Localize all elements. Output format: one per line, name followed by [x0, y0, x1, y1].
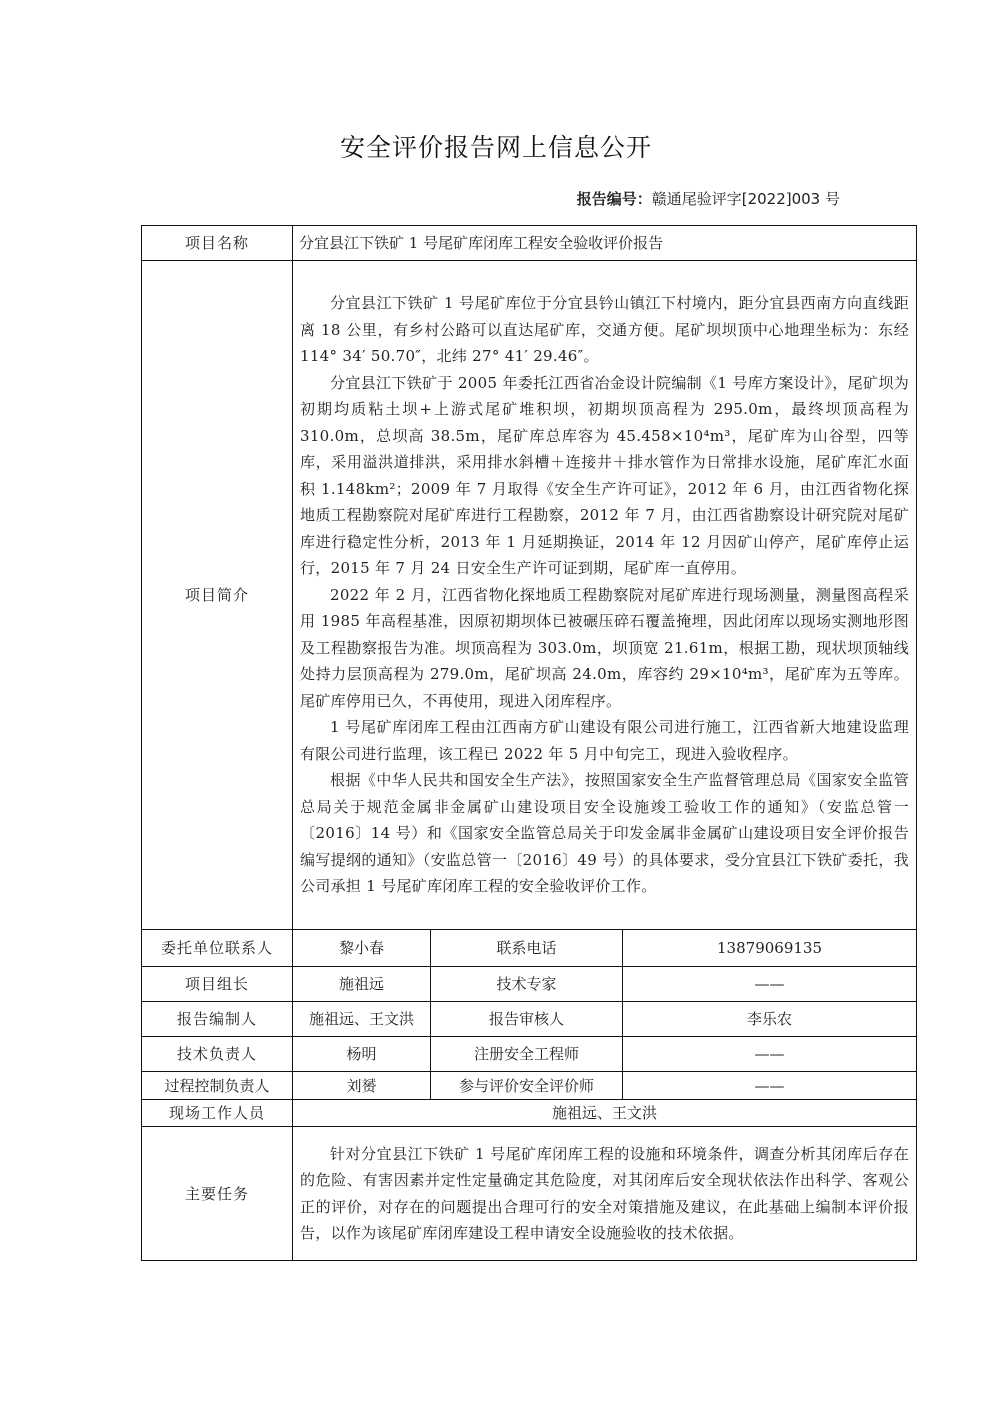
project-name-label: 项目名称 — [142, 226, 293, 261]
main-tasks-value: 针对分宜县江下铁矿 1 号尾矿库闭库工程的设施和环境条件，调查分析其闭库后存在的… — [293, 1127, 917, 1261]
report-author-value: 施祖远、王文洪 — [293, 1002, 431, 1037]
row-project-name: 项目名称 分宜县江下铁矿 1 号尾矿库闭库工程安全验收评价报告 — [142, 226, 917, 261]
project-leader-value: 施祖远 — [293, 967, 431, 1002]
report-reviewer-label: 报告审核人 — [431, 1002, 623, 1037]
tech-lead-label: 技术负责人 — [142, 1037, 293, 1072]
page-title: 安全评价报告网上信息公开 — [0, 128, 992, 164]
client-contact-value: 黎小春 — [293, 930, 431, 967]
phone-label: 联系电话 — [431, 930, 623, 967]
row-field-staff: 现场工作人员 施祖远、王文洪 — [142, 1100, 917, 1127]
row-project-leader: 项目组长 施祖远 技术专家 —— — [142, 967, 917, 1002]
phone-value: 13879069135 — [623, 930, 917, 967]
participating-evaluator-value: —— — [623, 1072, 917, 1100]
row-tech-lead: 技术负责人 杨明 注册安全工程师 —— — [142, 1037, 917, 1072]
project-summary-label: 项目简介 — [142, 261, 293, 930]
process-control-label: 过程控制负责人 — [142, 1072, 293, 1100]
summary-paragraph-1: 分宜县江下铁矿 1 号尾矿库位于分宜县钤山镇江下村境内，距分宜县西南方向直线距离… — [300, 290, 909, 370]
main-tasks-paragraph: 针对分宜县江下铁矿 1 号尾矿库闭库工程的设施和环境条件，调查分析其闭库后存在的… — [300, 1141, 909, 1247]
row-process-control: 过程控制负责人 刘赟 参与评价安全评价师 —— — [142, 1072, 917, 1100]
summary-paragraph-4: 1 号尾矿库闭库工程由江西南方矿山建设有限公司进行施工，江西省新大地建设监理有限… — [300, 714, 909, 767]
report-reviewer-value: 李乐农 — [623, 1002, 917, 1037]
participating-evaluator-label: 参与评价安全评价师 — [431, 1072, 623, 1100]
safety-engineer-label: 注册安全工程师 — [431, 1037, 623, 1072]
project-info-table: 项目名称 分宜县江下铁矿 1 号尾矿库闭库工程安全验收评价报告 项目简介 分宜县… — [141, 225, 917, 1261]
main-tasks-label: 主要任务 — [142, 1127, 293, 1261]
report-number-label: 报告编号： — [577, 190, 652, 208]
row-project-summary: 项目简介 分宜县江下铁矿 1 号尾矿库位于分宜县钤山镇江下村境内，距分宜县西南方… — [142, 261, 917, 930]
process-control-value: 刘赟 — [293, 1072, 431, 1100]
field-staff-value: 施祖远、王文洪 — [293, 1100, 917, 1127]
tech-expert-label: 技术专家 — [431, 967, 623, 1002]
safety-engineer-value: —— — [623, 1037, 917, 1072]
project-name-value: 分宜县江下铁矿 1 号尾矿库闭库工程安全验收评价报告 — [293, 226, 917, 261]
row-report-author: 报告编制人 施祖远、王文洪 报告审核人 李乐农 — [142, 1002, 917, 1037]
tech-lead-value: 杨明 — [293, 1037, 431, 1072]
row-main-tasks: 主要任务 针对分宜县江下铁矿 1 号尾矿库闭库工程的设施和环境条件，调查分析其闭… — [142, 1127, 917, 1261]
field-staff-label: 现场工作人员 — [142, 1100, 293, 1127]
report-number: 报告编号：赣通尾验评字[2022]003 号 — [577, 188, 840, 209]
project-summary-value: 分宜县江下铁矿 1 号尾矿库位于分宜县钤山镇江下村境内，距分宜县西南方向直线距离… — [293, 261, 917, 930]
report-number-value: 赣通尾验评字[2022]003 号 — [652, 190, 840, 208]
summary-paragraph-5: 根据《中华人民共和国安全生产法》，按照国家安全生产监督管理总局《国家安全监管总局… — [300, 767, 909, 900]
client-contact-label: 委托单位联系人 — [142, 930, 293, 967]
summary-paragraph-3: 2022 年 2 月，江西省物化探地质工程勘察院对尾矿库进行现场测量，测量图高程… — [300, 582, 909, 715]
summary-paragraph-2: 分宜县江下铁矿于 2005 年委托江西省冶金设计院编制《1 号库方案设计》，尾矿… — [300, 370, 909, 582]
row-client-contact: 委托单位联系人 黎小春 联系电话 13879069135 — [142, 930, 917, 967]
report-author-label: 报告编制人 — [142, 1002, 293, 1037]
project-leader-label: 项目组长 — [142, 967, 293, 1002]
tech-expert-value: —— — [623, 967, 917, 1002]
